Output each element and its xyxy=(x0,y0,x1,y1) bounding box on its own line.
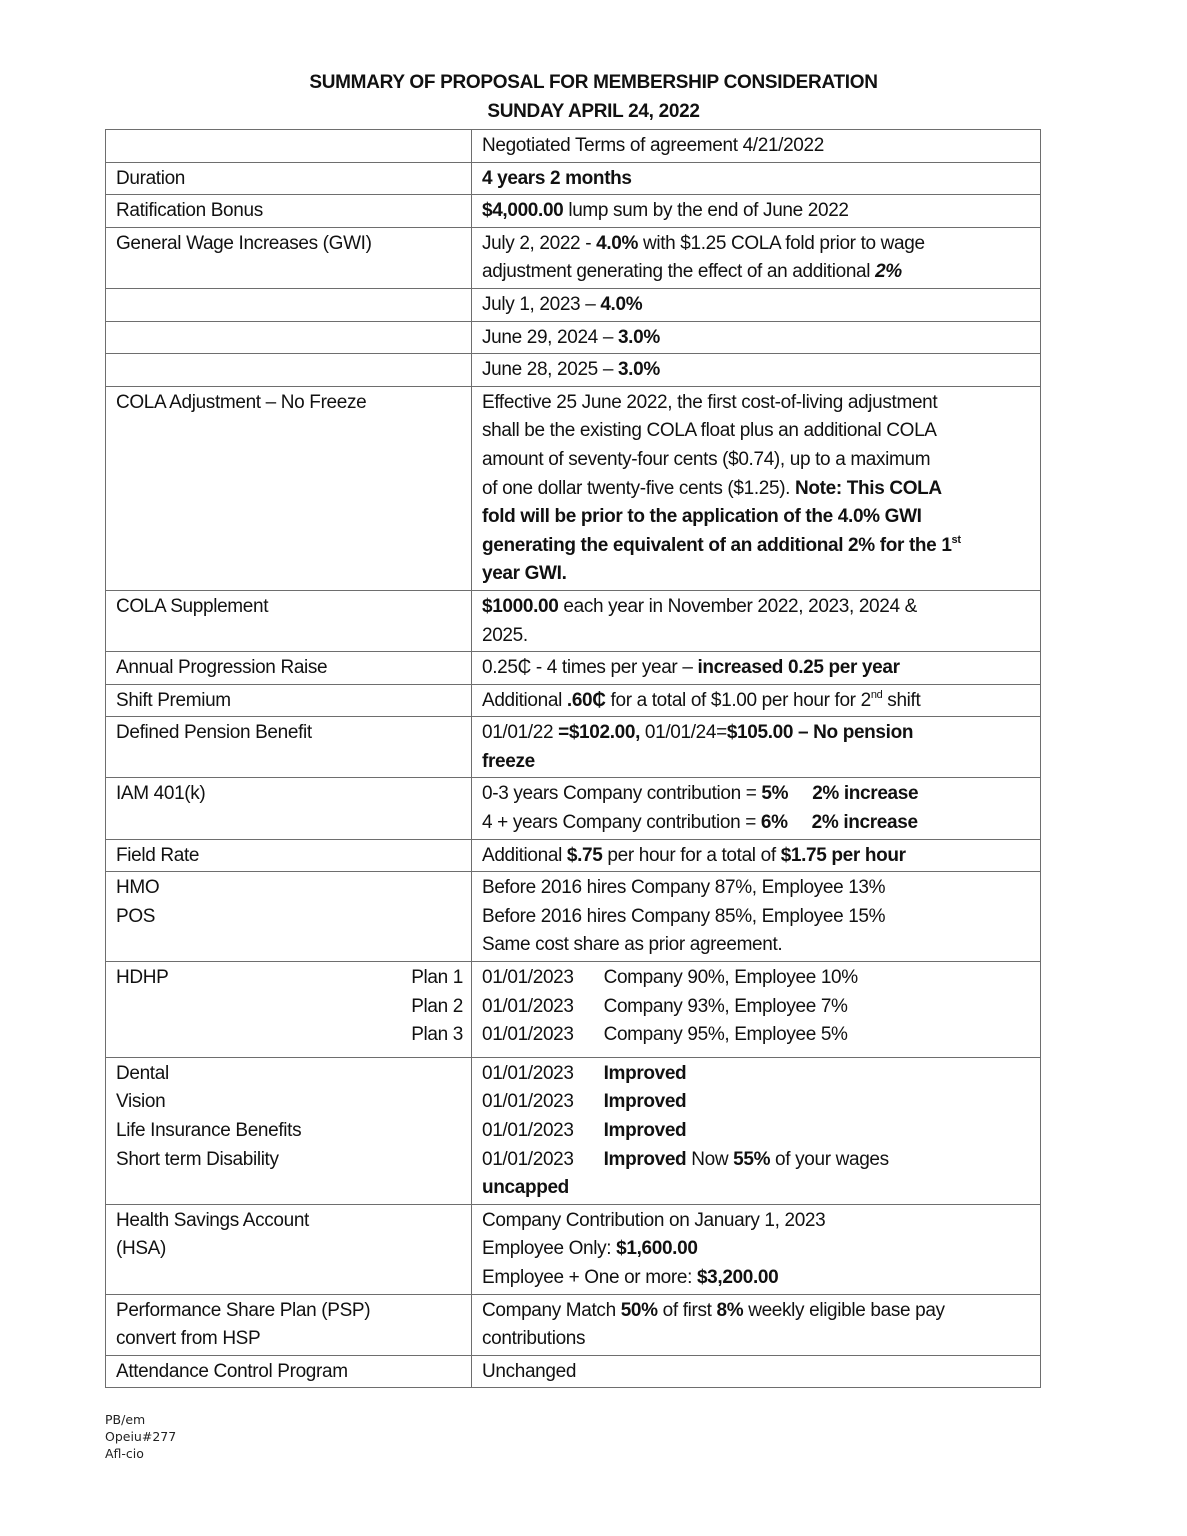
row-label: Duration xyxy=(106,162,472,195)
table-row-shift-premium: Shift Premium Additional .60₵ for a tota… xyxy=(106,684,1041,717)
proposal-table: Negotiated Terms of agreement 4/21/2022 … xyxy=(105,129,1041,1388)
table-row-pension: Defined Pension Benefit 01/01/22 =$102.0… xyxy=(106,717,1041,778)
row-label: Health Savings Account (HSA) xyxy=(106,1204,472,1294)
row-value: $4,000.00 lump sum by the end of June 20… xyxy=(472,195,1041,228)
row-value: 0-3 years Company contribution = 5%2% in… xyxy=(472,778,1041,839)
row-label: HMO POS xyxy=(106,872,472,962)
footer-union-local: Opeiu#277 xyxy=(105,1428,176,1445)
row-value: Company Match 50% of first 8% weekly eli… xyxy=(472,1294,1041,1355)
table-row-hdhp: HDHPPlan 1 Plan 2 Plan 3 01/01/2023Compa… xyxy=(106,962,1041,1058)
row-value: 01/01/2023Improved 01/01/2023Improved 01… xyxy=(472,1057,1041,1204)
row-label: General Wage Increases (GWI) xyxy=(106,227,472,288)
blank-cell xyxy=(106,288,472,321)
table-row-cola-supplement: COLA Supplement $1000.00 each year in No… xyxy=(106,590,1041,651)
row-value: 01/01/22 =$102.00, 01/01/24=$105.00 – No… xyxy=(472,717,1041,778)
table-row-gwi-2025: June 28, 2025 – 3.0% xyxy=(106,354,1041,387)
table-row-gwi: General Wage Increases (GWI) July 2, 202… xyxy=(106,227,1041,288)
row-label: Performance Share Plan (PSP) convert fro… xyxy=(106,1294,472,1355)
row-label: HDHPPlan 1 Plan 2 Plan 3 xyxy=(106,962,472,1058)
row-label: Ratification Bonus xyxy=(106,195,472,228)
row-value: Effective 25 June 2022, the first cost-o… xyxy=(472,386,1041,590)
table-row-gwi-2024: June 29, 2024 – 3.0% xyxy=(106,321,1041,354)
table-row-attendance: Attendance Control Program Unchanged xyxy=(106,1355,1041,1388)
row-label: Annual Progression Raise xyxy=(106,652,472,685)
table-row-ratification-bonus: Ratification Bonus $4,000.00 lump sum by… xyxy=(106,195,1041,228)
row-value: 0.25₵ - 4 times per year – increased 0.2… xyxy=(472,652,1041,685)
footer-affiliation: Afl-cio xyxy=(105,1445,176,1462)
table-row-hmo-pos: HMO POS Before 2016 hires Company 87%, E… xyxy=(106,872,1041,962)
row-label: Attendance Control Program xyxy=(106,1355,472,1388)
row-value: Additional .60₵ for a total of $1.00 per… xyxy=(472,684,1041,717)
table-header-row: Negotiated Terms of agreement 4/21/2022 xyxy=(106,130,1041,163)
row-value: July 1, 2023 – 4.0% xyxy=(472,288,1041,321)
row-label: Defined Pension Benefit xyxy=(106,717,472,778)
row-value: June 29, 2024 – 3.0% xyxy=(472,321,1041,354)
table-row-psp: Performance Share Plan (PSP) convert fro… xyxy=(106,1294,1041,1355)
table-row-duration: Duration 4 years 2 months xyxy=(106,162,1041,195)
row-label: Shift Premium xyxy=(106,684,472,717)
row-value: 4 years 2 months xyxy=(472,162,1041,195)
document-footer: PB/em Opeiu#277 Afl-cio xyxy=(105,1411,176,1462)
row-label: Field Rate xyxy=(106,839,472,872)
row-value: July 2, 2022 - 4.0% with $1.25 COLA fold… xyxy=(472,227,1041,288)
row-label: IAM 401(k) xyxy=(106,778,472,839)
footer-initials: PB/em xyxy=(105,1411,176,1428)
column-header: Negotiated Terms of agreement 4/21/2022 xyxy=(472,130,1041,163)
blank-cell xyxy=(106,354,472,387)
row-label: Dental Vision Life Insurance Benefits Sh… xyxy=(106,1057,472,1204)
row-value: Company Contribution on January 1, 2023 … xyxy=(472,1204,1041,1294)
document-date: SUNDAY APRIL 24, 2022 xyxy=(0,101,1187,123)
row-value: Unchanged xyxy=(472,1355,1041,1388)
table-row-401k: IAM 401(k) 0-3 years Company contributio… xyxy=(106,778,1041,839)
blank-cell xyxy=(106,321,472,354)
table-row-cola-adjustment: COLA Adjustment – No Freeze Effective 25… xyxy=(106,386,1041,590)
table-row-gwi-2023: July 1, 2023 – 4.0% xyxy=(106,288,1041,321)
row-value: 01/01/2023Company 90%, Employee 10% 01/0… xyxy=(472,962,1041,1058)
row-label: COLA Supplement xyxy=(106,590,472,651)
row-value: $1000.00 each year in November 2022, 202… xyxy=(472,590,1041,651)
row-value: Additional $.75 per hour for a total of … xyxy=(472,839,1041,872)
document-title: SUMMARY OF PROPOSAL FOR MEMBERSHIP CONSI… xyxy=(0,72,1187,94)
row-label: COLA Adjustment – No Freeze xyxy=(106,386,472,590)
table-row-benefits: Dental Vision Life Insurance Benefits Sh… xyxy=(106,1057,1041,1204)
table-row-progression-raise: Annual Progression Raise 0.25₵ - 4 times… xyxy=(106,652,1041,685)
header-blank-cell xyxy=(106,130,472,163)
row-value: Before 2016 hires Company 87%, Employee … xyxy=(472,872,1041,962)
table-row-field-rate: Field Rate Additional $.75 per hour for … xyxy=(106,839,1041,872)
row-value: June 28, 2025 – 3.0% xyxy=(472,354,1041,387)
table-row-hsa: Health Savings Account (HSA) Company Con… xyxy=(106,1204,1041,1294)
